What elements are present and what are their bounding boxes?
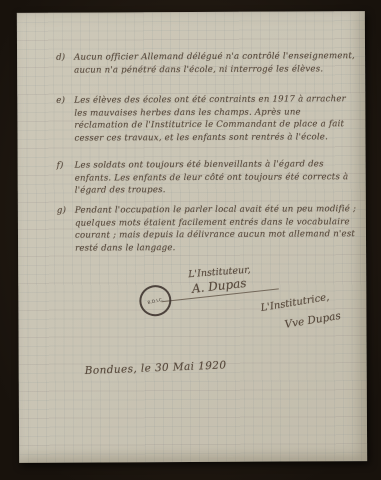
letter-page: d) Aucun officier Allemand délégué n'a c… (17, 11, 367, 463)
paragraph-e-label: e) (56, 95, 65, 108)
paragraph-d-text: Aucun officier Allemand délégué n'a cont… (74, 51, 355, 75)
bdic-stamp-text: B.D.I.C. (147, 297, 164, 305)
paragraph-f: f) Les soldats ont toujours été bienveil… (75, 158, 351, 197)
paragraph-f-label: f) (57, 160, 64, 173)
paragraph-d-label: d) (56, 52, 65, 65)
paragraph-e: e) Les élèves des écoles ont été contrai… (74, 93, 356, 144)
paragraph-d: d) Aucun officier Allemand délégué n'a c… (74, 50, 362, 77)
paragraph-f-text: Les soldats ont toujours été bienveillan… (75, 159, 349, 195)
paragraph-g: g) Pendant l'occupation le parler local … (75, 203, 359, 254)
signature-institutrice: Vve Dupas (284, 310, 342, 331)
paragraph-g-label: g) (57, 205, 66, 218)
signature-title-institutrice: L'Institutrice, (260, 292, 330, 314)
paragraph-g-text: Pendant l'occupation le parler local ava… (75, 204, 356, 253)
dateline: Bondues, le 30 Mai 1920 (85, 359, 227, 377)
paragraph-e-text: Les élèves des écoles ont été contraints… (74, 94, 346, 143)
